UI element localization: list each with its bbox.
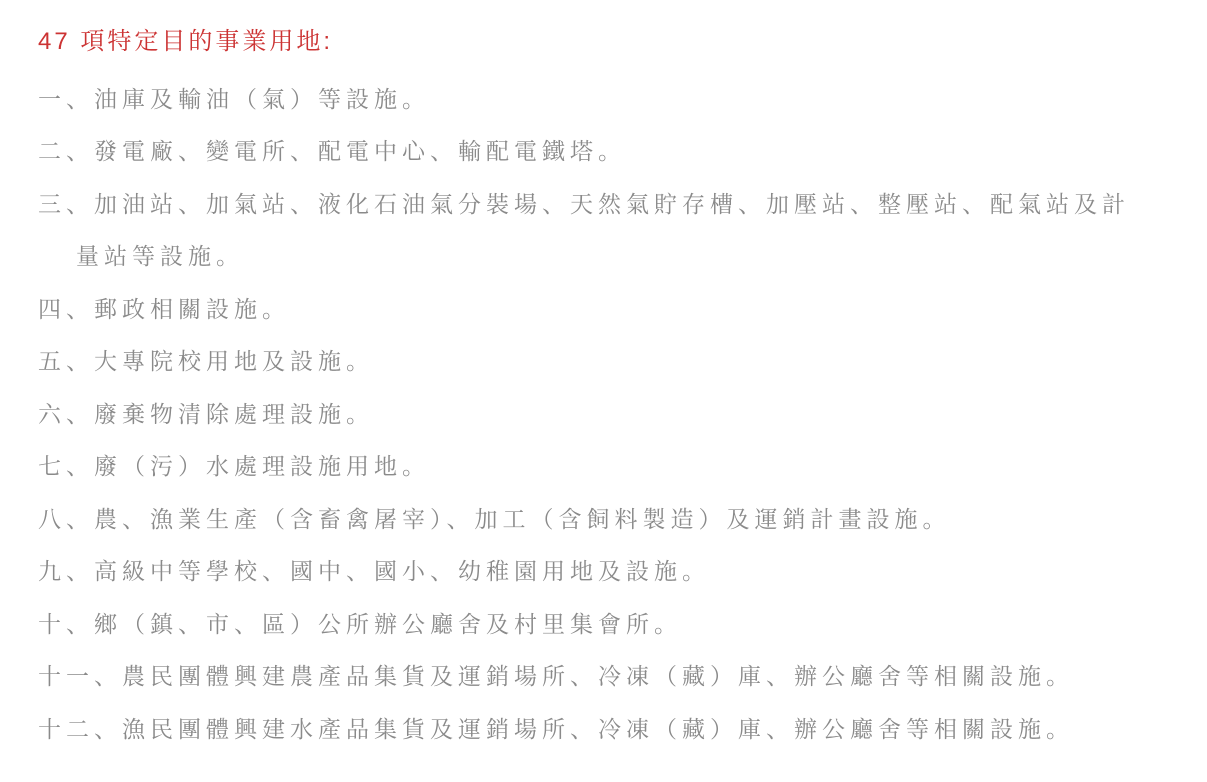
list-item: 八、農、漁業生產（含畜禽屠宰）、加工（含飼料製造）及運銷計畫設施。 [38, 493, 1142, 546]
list-item: 十、鄉（鎮、市、區）公所辦公廳舍及村里集會所。 [38, 598, 1142, 651]
list-item: 六、廢棄物清除處理設施。 [38, 388, 1142, 441]
list-item: 一、油庫及輸油（氣）等設施。 [38, 73, 1142, 126]
section-heading: 47 項特定目的事業用地: [38, 28, 1187, 57]
list-item: 三、加油站、加氣站、液化石油氣分裝場、天然氣貯存槽、加壓站、整壓站、配氣站及計量… [38, 178, 1142, 283]
list-item: 七、廢（污）水處理設施用地。 [38, 440, 1142, 493]
list-item: 九、高級中等學校、國中、國小、幼稚園用地及設施。 [38, 545, 1142, 598]
list-item: 五、大專院校用地及設施。 [38, 335, 1142, 388]
document-body: 47 項特定目的事業用地: 一、油庫及輸油（氣）等設施。 二、發電廠、變電所、配… [0, 0, 1207, 782]
land-use-list: 一、油庫及輸油（氣）等設施。 二、發電廠、變電所、配電中心、輸配電鐵塔。 三、加… [38, 73, 1187, 756]
list-item: 十二、漁民團體興建水產品集貨及運銷場所、冷凍（藏）庫、辦公廳舍等相關設施。 [38, 703, 1142, 756]
list-item: 二、發電廠、變電所、配電中心、輸配電鐵塔。 [38, 125, 1142, 178]
list-item: 四、郵政相關設施。 [38, 283, 1142, 336]
list-item: 十一、農民團體興建農產品集貨及運銷場所、冷凍（藏）庫、辦公廳舍等相關設施。 [38, 650, 1142, 703]
